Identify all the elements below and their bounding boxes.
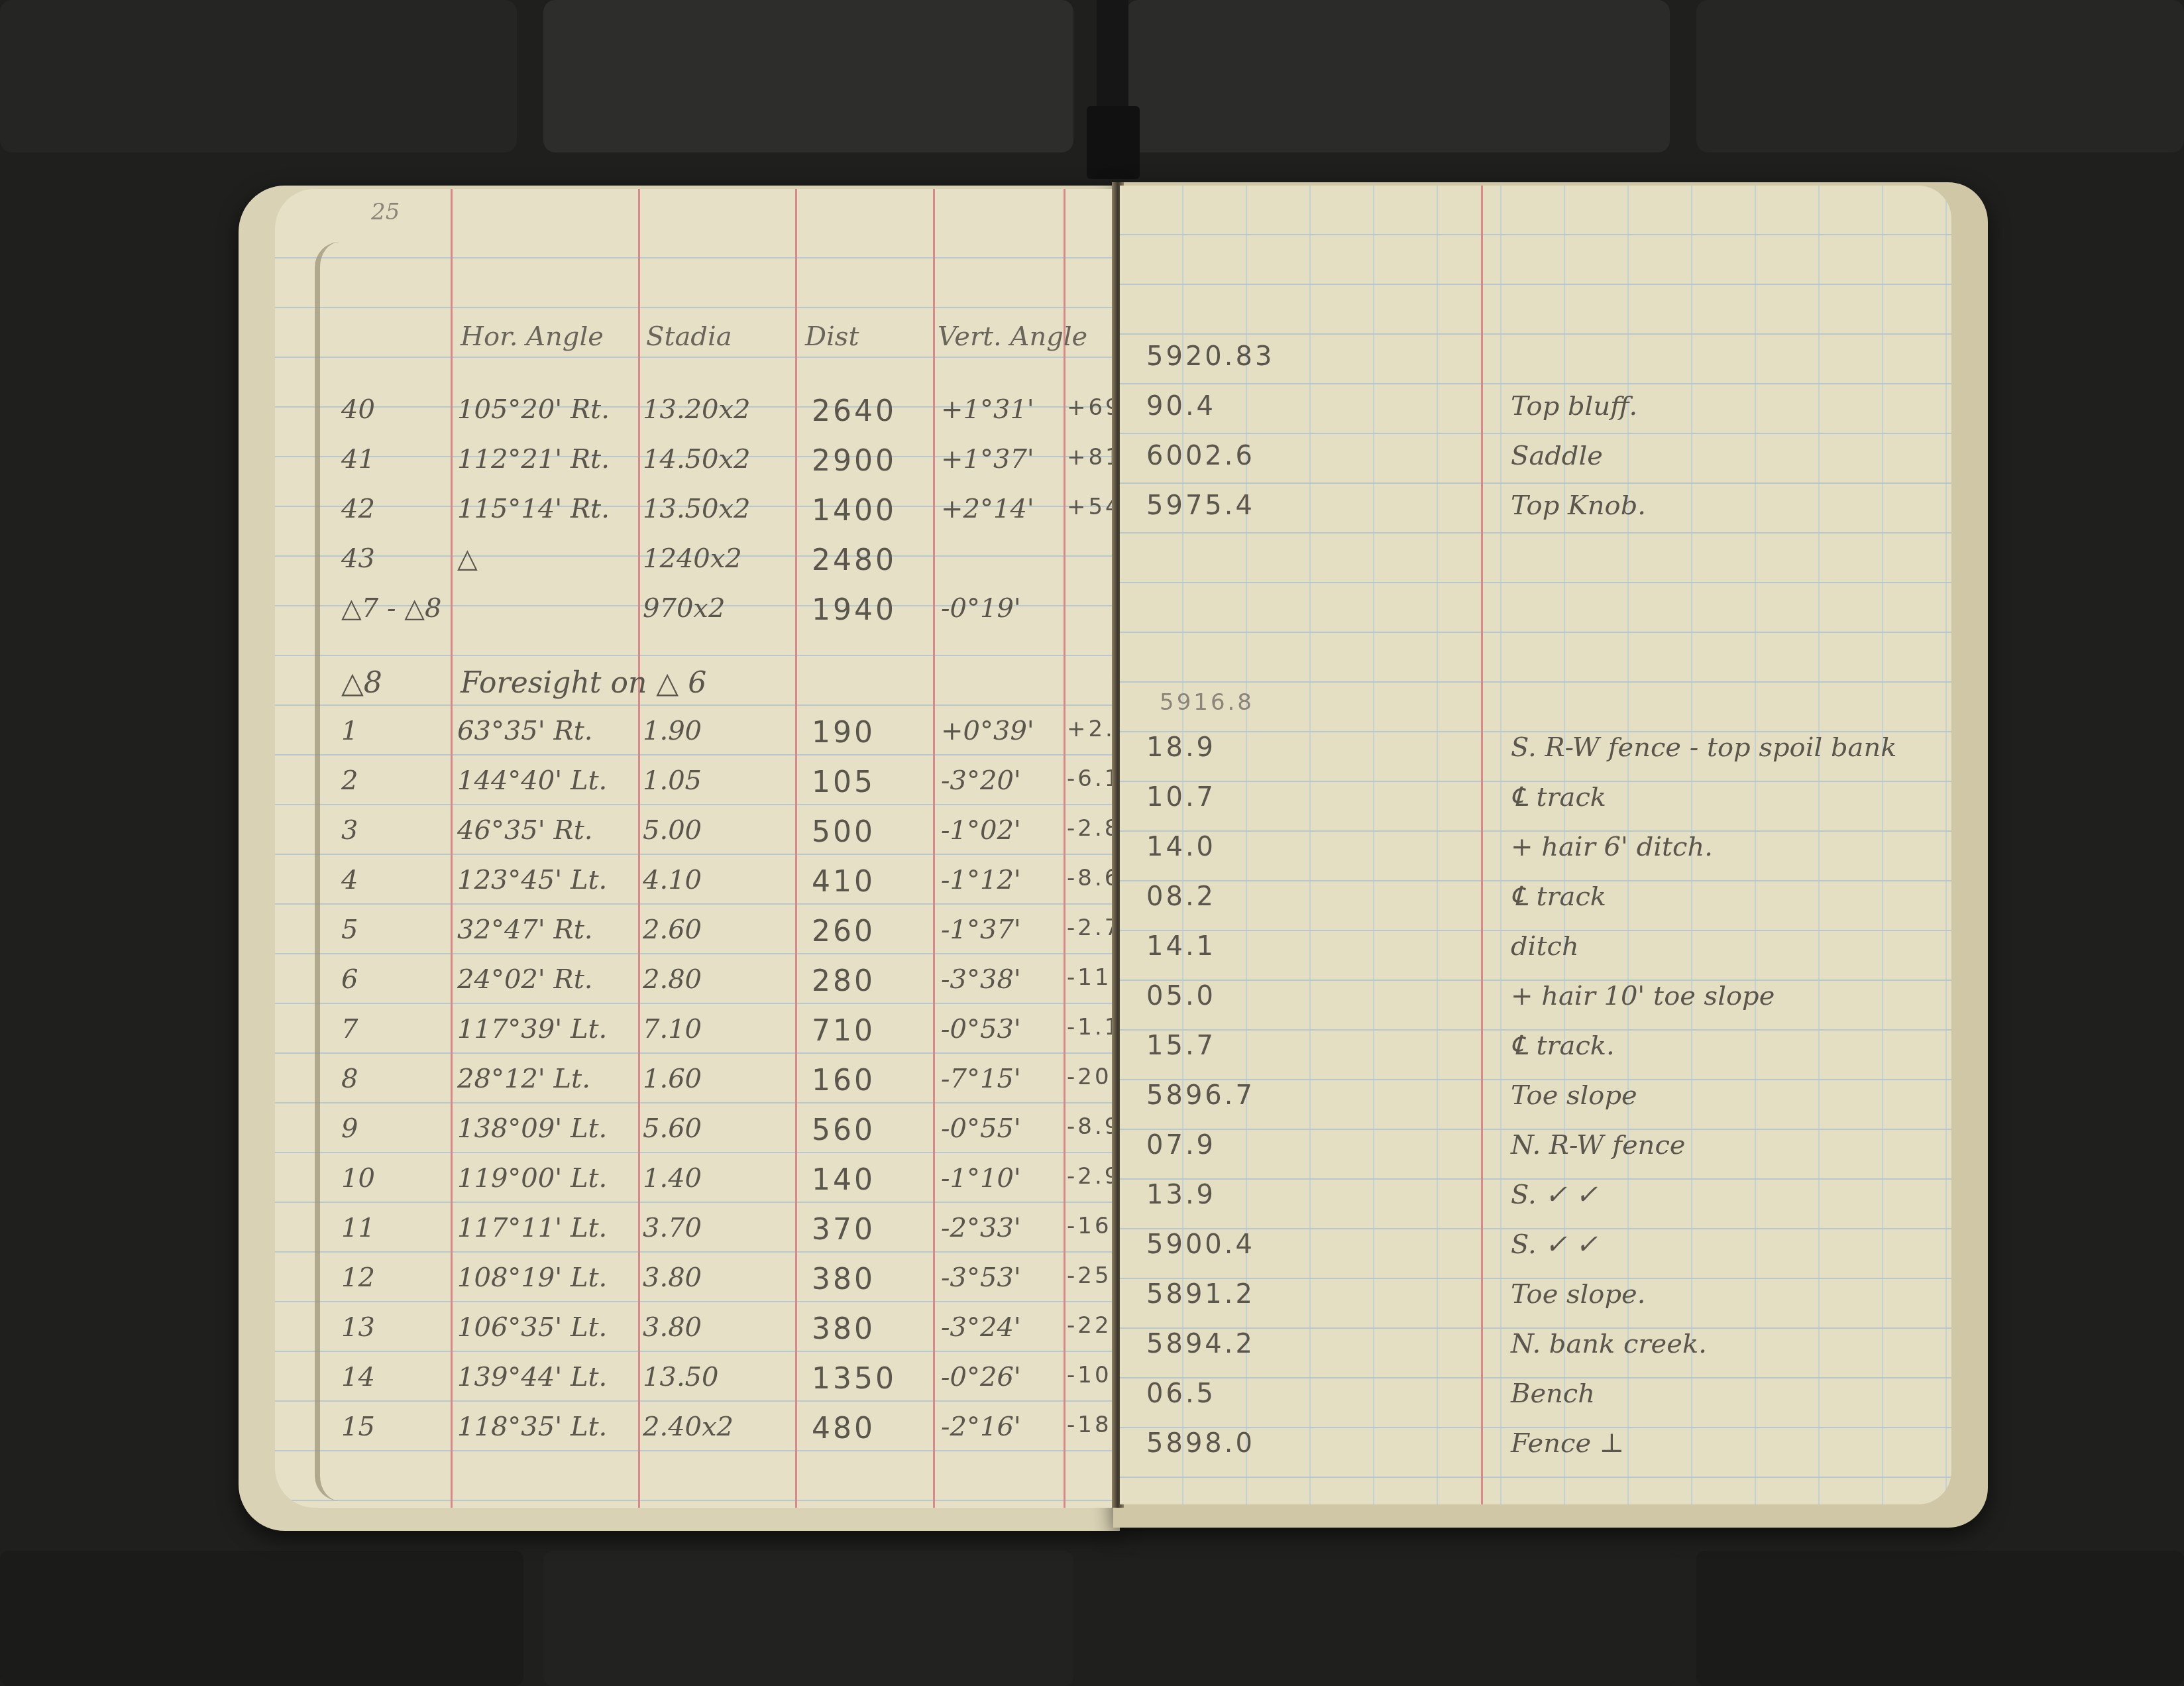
cell-vert-angle: -3°53' xyxy=(941,1263,1021,1293)
header-dist: Dist xyxy=(805,321,859,352)
cell-vert-angle: -0°26' xyxy=(941,1362,1021,1392)
cell-dist: 500 xyxy=(812,815,875,849)
cell-station: 13 xyxy=(341,1312,375,1343)
cell-vert-angle: -2°16' xyxy=(941,1412,1021,1442)
cell-vert-angle: -1°02' xyxy=(941,815,1021,846)
right-page: 5920.8390.4Top bluff.6002.6Saddle5975.4T… xyxy=(1120,186,1951,1504)
cell-dist: 710 xyxy=(812,1014,875,1048)
description-note: S. ✓ ✓ xyxy=(1511,1229,1598,1260)
cell-stadia: 3.70 xyxy=(643,1213,702,1243)
cell-stadia: 13.50x2 xyxy=(643,494,751,524)
table-row: 346°35' Rt.5.00500-1°02'-2.8 xyxy=(275,815,1113,862)
cell-hor-angle: 119°00' Lt. xyxy=(457,1163,607,1194)
table-row: 163°35' Rt.1.90190+0°39'+2.1 xyxy=(275,716,1113,762)
cell-station: 6 xyxy=(341,964,358,995)
cell-stadia: 2.80 xyxy=(643,964,702,995)
cell-station: 11 xyxy=(341,1213,375,1243)
elevation-value: 13.9 xyxy=(1146,1180,1216,1210)
list-item: 15.7℄ track. xyxy=(1120,1031,1951,1077)
description-note: Top Knob. xyxy=(1511,490,1646,521)
cell-hor-angle: 139°44' Lt. xyxy=(457,1362,607,1392)
cell-station: 9 xyxy=(341,1113,358,1144)
cell-station: 40 xyxy=(341,394,375,425)
cell-hor-angle: 138°09' Lt. xyxy=(457,1113,607,1144)
elevation-value: 5900.4 xyxy=(1146,1229,1255,1260)
elevation-value: 6002.6 xyxy=(1146,441,1255,471)
header-stadia: Stadia xyxy=(646,321,732,352)
description-note: ℄ track. xyxy=(1511,1031,1615,1061)
cell-dist: 380 xyxy=(812,1263,875,1296)
description-note: Top bluff. xyxy=(1511,391,1637,421)
cell-dist: 560 xyxy=(812,1113,875,1147)
elevation-value: 5920.83 xyxy=(1146,341,1274,372)
list-item: 06.5Bench xyxy=(1120,1378,1951,1425)
cell-dist: 380 xyxy=(812,1312,875,1346)
table-row: 828°12' Lt.1.60160-7°15'-20.1 xyxy=(275,1064,1113,1110)
cell-vert-angle: -0°19' xyxy=(941,593,1021,624)
header-vert-angle: Vert. Angle xyxy=(938,321,1087,352)
list-item: 10.7℄ track xyxy=(1120,782,1951,828)
description-note: ℄ track xyxy=(1511,881,1606,912)
left-page: 25 Hor. Angle Stadia Dist Vert. Angle 40… xyxy=(275,189,1113,1508)
table-row: 15118°35' Lt.2.40x2480-2°16'-18.8 xyxy=(275,1412,1113,1458)
cell-station: 5 xyxy=(341,915,358,945)
list-item: 5891.2Toe slope. xyxy=(1120,1279,1951,1325)
cell-dist: 1940 xyxy=(812,593,897,627)
section-2-title: Foresight on △ 6 xyxy=(461,666,706,700)
list-item: 18.9S. R-W fence - top spoil bank xyxy=(1120,732,1951,779)
cell-hor-angle: 63°35' Rt. xyxy=(457,716,592,746)
elevation-value: 5898.0 xyxy=(1146,1428,1255,1459)
cell-station: 10 xyxy=(341,1163,375,1194)
table-row: △7 - △8970x21940-0°19' xyxy=(275,593,1113,640)
cell-hor-angle: 144°40' Lt. xyxy=(457,765,607,796)
binder-clip xyxy=(1087,106,1140,179)
cell-station: 1 xyxy=(341,716,358,746)
table-row: 13106°35' Lt.3.80380-3°24'-22.6 xyxy=(275,1312,1113,1359)
description-note: + hair 6' ditch. xyxy=(1511,832,1713,862)
background-panel xyxy=(1696,1551,2184,1686)
table-row: 41112°21' Rt.14.50x22900+1°37'+81.8 xyxy=(275,444,1113,490)
cell-dist: 2640 xyxy=(812,394,897,428)
cell-vert-angle: -0°55' xyxy=(941,1113,1021,1144)
list-item xyxy=(1120,590,1951,636)
cell-vert-angle: +0°39' xyxy=(941,716,1034,746)
section-2-station: △8 xyxy=(341,666,382,700)
field-notebook: 25 Hor. Angle Stadia Dist Vert. Angle 40… xyxy=(239,169,1988,1531)
elevation-value: 5975.4 xyxy=(1146,490,1255,521)
description-note: ditch xyxy=(1511,931,1579,962)
cell-hor-angle: 106°35' Lt. xyxy=(457,1312,607,1343)
list-item: 14.0+ hair 6' ditch. xyxy=(1120,832,1951,878)
list-item: 5896.7Toe slope xyxy=(1120,1080,1951,1127)
cell-station: 7 xyxy=(341,1014,358,1044)
list-item: 5920.83 xyxy=(1120,341,1951,388)
cell-stadia: 14.50x2 xyxy=(643,444,751,475)
description-note: N. bank creek. xyxy=(1511,1329,1707,1359)
cell-hor-angle: 117°39' Lt. xyxy=(457,1014,607,1044)
background-panel xyxy=(1696,0,2184,152)
cell-vert-angle: -1°37' xyxy=(941,915,1021,945)
cell-hor-angle: 105°20' Rt. xyxy=(457,394,610,425)
table-row: 4123°45' Lt.4.10410-1°12'-8.6 xyxy=(275,865,1113,911)
cell-station: 3 xyxy=(341,815,358,846)
elevation-value: 06.5 xyxy=(1146,1378,1216,1409)
background-panel xyxy=(0,1551,523,1686)
list-item: 05.0+ hair 10' toe slope xyxy=(1120,981,1951,1027)
description-note: S. R-W fence - top spoil bank xyxy=(1511,732,1896,763)
cell-dist: 190 xyxy=(812,716,875,750)
cell-dist: 105 xyxy=(812,765,875,799)
cell-hor-angle: 46°35' Rt. xyxy=(457,815,592,846)
cell-station: 42 xyxy=(341,494,375,524)
background-panel xyxy=(1126,1551,1676,1686)
cell-dist: 1350 xyxy=(812,1362,897,1396)
list-item: 5898.0Fence ⊥ xyxy=(1120,1428,1951,1475)
elevation-value: 5891.2 xyxy=(1146,1279,1255,1310)
table-row: 12108°19' Lt.3.80380-3°53'-25.6 xyxy=(275,1263,1113,1309)
cell-vert-angle: +1°37' xyxy=(941,444,1034,475)
description-note: N. R-W fence xyxy=(1511,1130,1685,1160)
cell-stadia: 7.10 xyxy=(643,1014,702,1044)
elevation-value: 90.4 xyxy=(1146,391,1216,421)
cell-dist: 370 xyxy=(812,1213,875,1247)
cell-stadia: 3.80 xyxy=(643,1312,702,1343)
description-note: S. ✓ ✓ xyxy=(1511,1180,1598,1210)
cell-station: 2 xyxy=(341,765,358,796)
list-item: 5894.2N. bank creek. xyxy=(1120,1329,1951,1375)
table-row: 2144°40' Lt.1.05105-3°20'-6.1 xyxy=(275,765,1113,812)
list-item: 14.1ditch xyxy=(1120,931,1951,978)
page-number: 25 xyxy=(371,199,400,225)
table-row: 40105°20' Rt.13.20x22640+1°31'+69.6 xyxy=(275,394,1113,441)
description-note: Bench xyxy=(1511,1378,1595,1409)
cell-dist: 410 xyxy=(812,865,875,899)
cell-vert-angle: -3°38' xyxy=(941,964,1021,995)
cell-stadia: 13.50 xyxy=(643,1362,719,1392)
cell-hor-angle: 28°12' Lt. xyxy=(457,1064,590,1094)
description-note: ℄ track xyxy=(1511,782,1606,813)
cell-hor-angle: 115°14' Rt. xyxy=(457,494,610,524)
elevation-value: 14.0 xyxy=(1146,832,1216,862)
cell-station: 43 xyxy=(341,543,375,574)
cell-stadia: 2.40x2 xyxy=(643,1412,734,1442)
cell-vert-angle: -0°53' xyxy=(941,1014,1021,1044)
cell-hor-angle: 32°47' Rt. xyxy=(457,915,592,945)
elevation-value: 14.1 xyxy=(1146,931,1216,962)
cell-station: △7 - △8 xyxy=(341,593,441,624)
elevation-value: 07.9 xyxy=(1146,1130,1216,1160)
cell-vert-angle: +2°14' xyxy=(941,494,1034,524)
list-item: 07.9N. R-W fence xyxy=(1120,1130,1951,1176)
table-row: 624°02' Rt.2.80280-3°38'-11.8 xyxy=(275,964,1113,1011)
cell-dist: 260 xyxy=(812,915,875,948)
cell-stadia: 5.60 xyxy=(643,1113,702,1144)
background-panel xyxy=(0,0,517,152)
elevation-value: 10.7 xyxy=(1146,782,1216,813)
cell-dist: 160 xyxy=(812,1064,875,1097)
cell-dist: 140 xyxy=(812,1163,875,1197)
table-row: 532°47' Rt.2.60260-1°37'-2.7 xyxy=(275,915,1113,961)
cell-hor-angle: 118°35' Lt. xyxy=(457,1412,607,1442)
table-row: 42115°14' Rt.13.50x21400+2°14'+54.6 xyxy=(275,494,1113,540)
cell-stadia: 13.20x2 xyxy=(643,394,751,425)
elevation-value: 5896.7 xyxy=(1146,1080,1255,1111)
cell-station: 12 xyxy=(341,1263,375,1293)
cell-vert-angle: +1°31' xyxy=(941,394,1034,425)
cell-stadia: 2.60 xyxy=(643,915,702,945)
section-2-base-elevation: 5916.8 xyxy=(1160,689,1254,716)
cell-stadia: 5.00 xyxy=(643,815,702,846)
background-panel xyxy=(543,1551,1073,1686)
cell-dist: 2480 xyxy=(812,543,897,577)
elevation-value: 15.7 xyxy=(1146,1031,1216,1061)
cell-hor-angle: 24°02' Rt. xyxy=(457,964,592,995)
table-row: 11117°11' Lt.3.70370-2°33'-16.4 xyxy=(275,1213,1113,1259)
list-item: 5975.4Top Knob. xyxy=(1120,490,1951,537)
cell-hor-angle: △ xyxy=(457,543,478,574)
description-note: Toe slope xyxy=(1511,1080,1637,1111)
table-row: 9138°09' Lt.5.60560-0°55'-8.9 xyxy=(275,1113,1113,1160)
elevation-value: 08.2 xyxy=(1146,881,1216,912)
cell-stadia: 1.40 xyxy=(643,1163,702,1194)
description-note: Fence ⊥ xyxy=(1511,1428,1624,1459)
cell-stadia: 1240x2 xyxy=(643,543,742,574)
cell-dist: 1400 xyxy=(812,494,897,528)
cell-stadia: 1.60 xyxy=(643,1064,702,1094)
cell-vert-angle: -3°24' xyxy=(941,1312,1021,1343)
table-row: 43△1240x22480 xyxy=(275,543,1113,590)
cell-dist: 2900 xyxy=(812,444,897,478)
cell-hor-angle: 108°19' Lt. xyxy=(457,1263,607,1293)
cell-stadia: 1.90 xyxy=(643,716,702,746)
cell-station: 4 xyxy=(341,865,358,895)
description-note: Saddle xyxy=(1511,441,1603,471)
cell-hor-angle: 112°21' Rt. xyxy=(457,444,610,475)
cell-station: 14 xyxy=(341,1362,375,1392)
description-note: + hair 10' toe slope xyxy=(1511,981,1774,1011)
cell-station: 41 xyxy=(341,444,375,475)
cell-vert-angle: -2°33' xyxy=(941,1213,1021,1243)
background-panel xyxy=(1126,0,1670,152)
list-item xyxy=(1120,540,1951,587)
cell-vert-angle: -7°15' xyxy=(941,1064,1021,1094)
list-item: 6002.6Saddle xyxy=(1120,441,1951,487)
list-item: 08.2℄ track xyxy=(1120,881,1951,928)
background-panel xyxy=(543,0,1073,152)
table-row: 14139°44' Lt.13.501350-0°26'-10.3 xyxy=(275,1362,1113,1408)
elevation-value: 18.9 xyxy=(1146,732,1216,763)
cell-vert-angle: -1°12' xyxy=(941,865,1021,895)
list-item: 5900.4S. ✓ ✓ xyxy=(1120,1229,1951,1276)
list-item: 13.9S. ✓ ✓ xyxy=(1120,1180,1951,1226)
cell-stadia: 4.10 xyxy=(643,865,702,895)
cell-dist: 280 xyxy=(812,964,875,998)
description-note: Toe slope. xyxy=(1511,1279,1645,1310)
table-row: 7117°39' Lt.7.10710-0°53'-1.1 xyxy=(275,1014,1113,1060)
cell-vert-angle: -3°20' xyxy=(941,765,1021,796)
cell-station: 8 xyxy=(341,1064,358,1094)
elevation-value: 05.0 xyxy=(1146,981,1216,1011)
list-item: 90.4Top bluff. xyxy=(1120,391,1951,437)
elevation-value: 5894.2 xyxy=(1146,1329,1255,1359)
cell-stadia: 970x2 xyxy=(643,593,725,624)
cell-hor-angle: 117°11' Lt. xyxy=(457,1213,607,1243)
cell-hor-angle: 123°45' Lt. xyxy=(457,865,607,895)
cell-vert-angle: -1°10' xyxy=(941,1163,1021,1194)
cell-stadia: 1.05 xyxy=(643,765,702,796)
table-row: 10119°00' Lt.1.40140-1°10'-2.9 xyxy=(275,1163,1113,1209)
header-hor-angle: Hor. Angle xyxy=(461,321,604,352)
cell-dist: 480 xyxy=(812,1412,875,1445)
cell-stadia: 3.80 xyxy=(643,1263,702,1293)
cell-station: 15 xyxy=(341,1412,375,1442)
